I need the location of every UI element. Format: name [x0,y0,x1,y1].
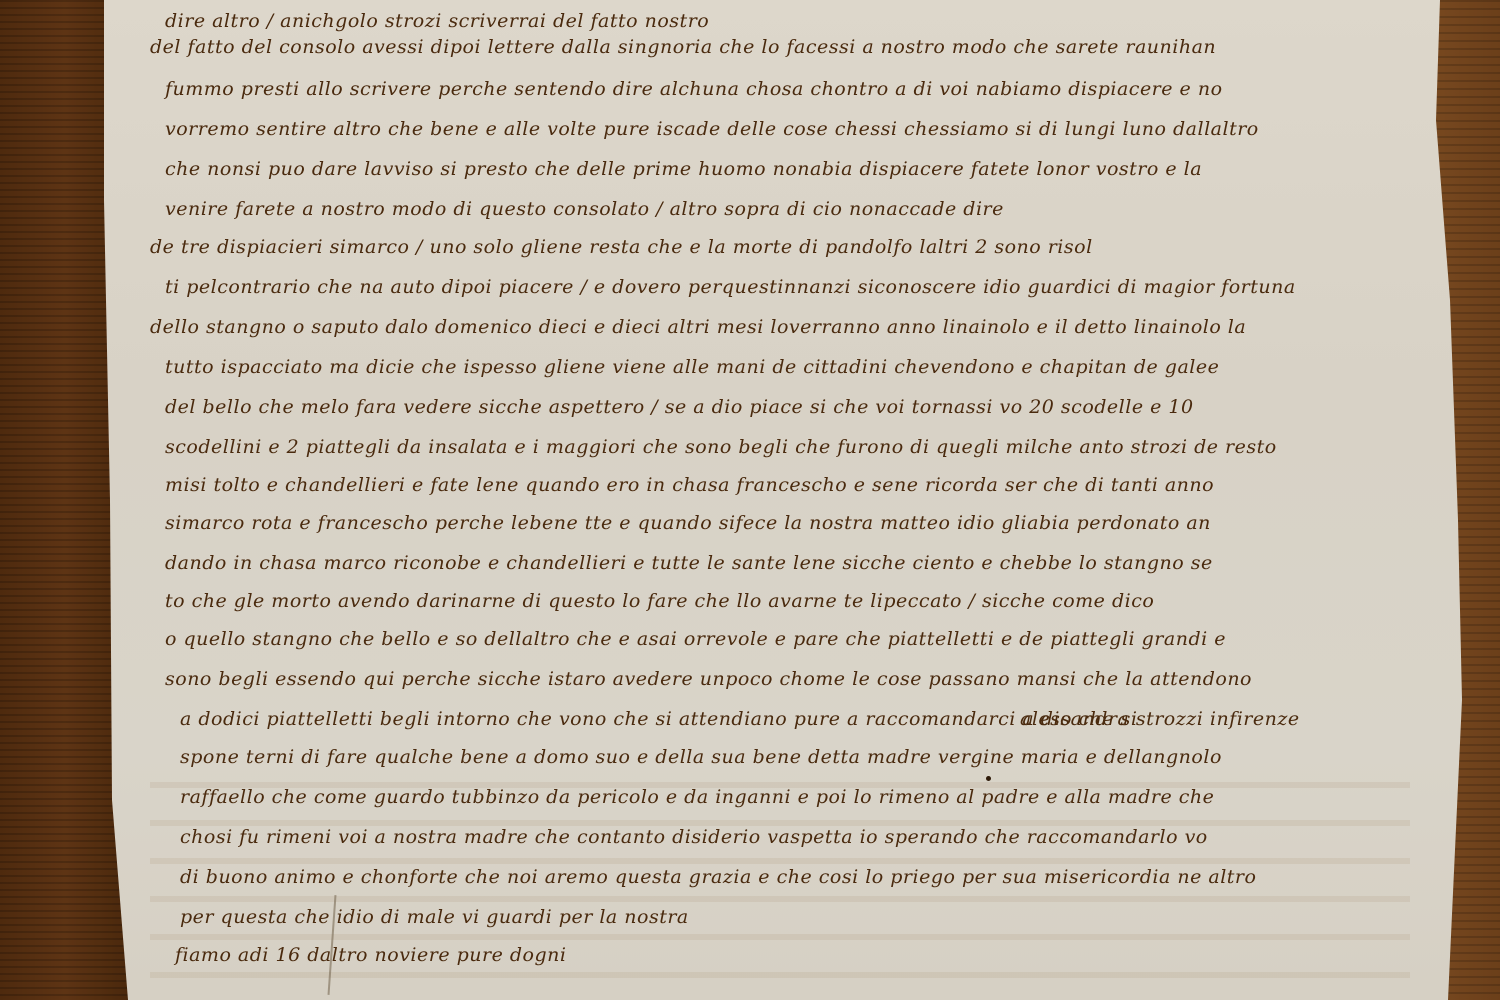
handwritten-line: dando in chasa marco riconobe e chandell… [165,552,1213,574]
handwritten-line: del fatto del consolo avessi dipoi lette… [150,36,1216,58]
handwritten-line: to che gle morto avendo darinarne di que… [165,590,1154,612]
handwritten-line: misi tolto e chandellieri e fate lene qu… [165,474,1214,496]
handwritten-line: raffaello che come guardo tubbinzo da pe… [180,786,1214,808]
handwritten-line: dire altro / anichgolo strozi scriverrai… [165,10,709,32]
handwritten-line: scodellini e 2 piattegli da insalata e i… [165,436,1277,458]
handwritten-line: simarco rota e francescho perche lebene … [165,512,1211,534]
handwritten-line: vorremo sentire altro che bene e alle vo… [165,118,1259,140]
handwritten-line: del bello che melo fara vedere sicche as… [165,396,1194,418]
handwritten-line: de tre dispiacieri simarco / uno solo gl… [150,236,1093,258]
handwritten-line: dello stangno o saputo dalo domenico die… [150,316,1246,338]
handwritten-line: tutto ispacciato ma dicie che ispesso gl… [165,356,1219,378]
handwritten-line: venire farete a nostro modo di questo co… [165,198,1004,220]
handwritten-line: a dodici piattelletti begli intorno che … [180,708,1137,730]
handwritten-line: che nonsi puo dare lavviso si presto che… [165,158,1202,180]
handwritten-line: chosi fu rimeni voi a nostra madre che c… [180,826,1208,848]
handwritten-line: ti pelcontrario che na auto dipoi piacer… [165,276,1296,298]
handwritten-line: spone terni di fare qualche bene a domo … [180,746,1222,768]
handwritten-line: o quello stangno che bello e so dellaltr… [165,628,1226,650]
letter-body: dire altro / anichgolo strozi scriverrai… [0,0,1500,1000]
handwritten-line: per questa che idio di male vi guardi pe… [180,906,689,928]
handwritten-line: fiamo adi 16 daltro noviere pure dogni [175,944,566,966]
handwritten-line: sono begli essendo qui perche sicche ist… [165,668,1252,690]
handwritten-line: di buono animo e chonforte che noi aremo… [180,866,1256,888]
handwritten-line: fummo presti allo scrivere perche senten… [165,78,1223,100]
signature: alessandra strozzi infirenze [1020,708,1300,730]
ink-dot [986,776,991,781]
